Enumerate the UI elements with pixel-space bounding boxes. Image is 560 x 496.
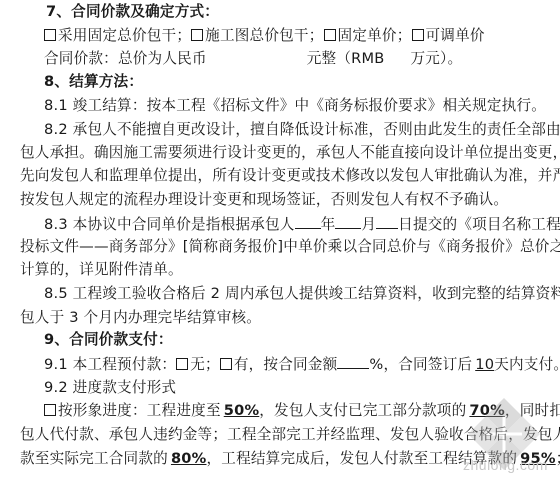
- checkbox-adjustable-unit[interactable]: [412, 29, 424, 41]
- checkbox-fixed-total[interactable]: [44, 29, 56, 41]
- checkbox-fixed-unit[interactable]: [324, 29, 336, 41]
- clause-8-3-text-a: 8.3 本协议中合同单价是指根据承包人: [44, 216, 295, 233]
- clause-9-2-title: 9.2 进度款支付形式: [44, 378, 176, 398]
- clause-8-2-line-4: 按发包人规定的流程办理设计变更和现场签证，否则发包人有权不予确认。: [20, 190, 508, 210]
- price-unit-label: 元整（RMB: [307, 50, 385, 67]
- clause-9-1-text-c: 天内支付。: [494, 356, 560, 373]
- clause-8-2-line-1: 8.2 承包人不能擅自更改设计，擅自降低设计标准，否则由此发生的责任全部由承: [44, 120, 560, 140]
- progress-text-b: ，发包人支付已完工部分款项的: [259, 402, 466, 419]
- clause-9-1: 9.1 本工程预付款：无；有，按合同金额%，合同签订后10天内支付。: [44, 354, 560, 375]
- clause-8-5-line-2: 包人于 3 个月内办理完毕结算审核。: [20, 308, 261, 328]
- clause-9-1-text-a: 9.1 本工程预付款：: [44, 356, 176, 373]
- option-adjustable-unit-label: 可调单价: [426, 27, 485, 44]
- progress-percent-value: 50%: [224, 402, 260, 419]
- progress-text-a: 按形象进度：工程进度至: [58, 402, 221, 419]
- contract-price-line: 合同价款：总价为人民币元整（RMB万元）。: [44, 49, 462, 69]
- price-unit-label-2: 万元）。: [410, 50, 462, 67]
- section-9-heading: 9、合同价款支付：: [44, 330, 173, 350]
- month-label: 月: [361, 216, 376, 233]
- option-fixed-unit-label: 固定单价；: [338, 27, 412, 44]
- section-8-heading: 8、结算方法：: [44, 72, 143, 92]
- month-blank[interactable]: [335, 214, 361, 229]
- completion-percent-value: 80%: [171, 450, 207, 467]
- clause-8-5-line-1: 8.5 工程竣工验收合格后 2 周内承包人提供竣工结算资料，收到完整的结算资料后…: [44, 284, 560, 304]
- checkbox-no-advance[interactable]: [176, 358, 188, 370]
- contract-price-label: 合同价款：总价为人民币: [44, 50, 207, 67]
- checkbox-has-advance[interactable]: [220, 358, 232, 370]
- clause-8-2-line-3: 先向发包人和监理单位提出，所有设计变更或技术修改以发包人审批确认为准，并严格: [20, 166, 560, 186]
- no-advance-label: 无；: [190, 356, 220, 373]
- clause-8-1: 8.1 竣工结算：按本工程《招标文件》中《商务标报价要求》相关规定执行。: [44, 96, 546, 116]
- has-advance-label: 有，按合同金额: [234, 356, 338, 373]
- watermark-text: zhulong.com: [463, 457, 548, 473]
- advance-percent-blank[interactable]: [337, 354, 369, 369]
- checkbox-drawing-total[interactable]: [191, 29, 203, 41]
- final-text-a: 款至实际完工合同款的: [20, 450, 168, 467]
- advance-days-value: 10: [475, 356, 494, 373]
- clause-8-3-line-1: 8.3 本协议中合同单价是指根据承包人年月日提交的《项目名称工程名称: [44, 214, 560, 235]
- option-drawing-total-label: 施工图总价包干；: [205, 27, 323, 44]
- year-label: 年: [321, 216, 336, 233]
- day-blank[interactable]: [376, 214, 398, 229]
- checkbox-progress-payment[interactable]: [44, 404, 56, 416]
- section-7-heading: 7、合同价款及确定方式：: [46, 2, 219, 22]
- clause-9-1-text-b: %，合同签订后: [369, 356, 472, 373]
- option-fixed-total-label: 采用固定总价包干；: [58, 27, 191, 44]
- pricing-method-options: 采用固定总价包干；施工图总价包干；固定单价；可调单价: [44, 26, 485, 46]
- clause-8-3-line-3: 计算的，详见附件清单。: [20, 260, 183, 280]
- final-text-c: ；: [556, 450, 560, 467]
- year-blank[interactable]: [295, 214, 321, 229]
- clause-8-3-line-2: 投标文件——商务部分》[简称商务报价]中单价乘以合同总价与《商务报价》总价之比: [20, 237, 560, 257]
- clause-8-3-text-b: 日提交的《项目名称工程名称: [398, 216, 560, 233]
- clause-8-2-line-2: 包人承担。确因施工需要须进行设计变更的，承包人不能直接向设计单位提出变更，应: [20, 143, 560, 163]
